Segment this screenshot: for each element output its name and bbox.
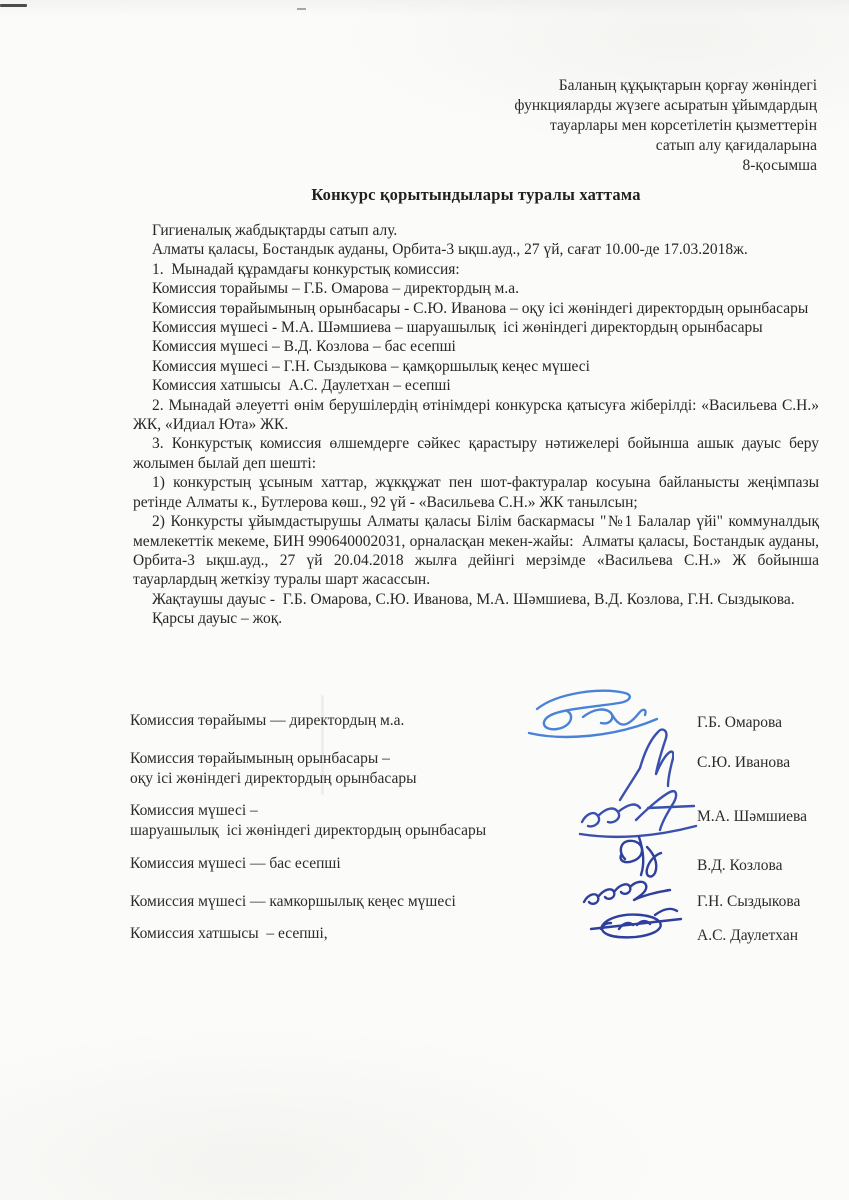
body-paragraph: Комиссия мүшесі - М.А. Шәмшиева – шаруаш… — [133, 318, 819, 337]
handwritten-signature-dauletkhan — [585, 903, 691, 941]
scan-artifact-speck — [297, 8, 306, 10]
scan-artifact-top-edge — [0, 4, 27, 7]
page-title: Конкурс қорытындылары туралы хаттама — [133, 185, 819, 205]
appendix-header-line: функцияларды жүзеге асыратын ұйымдардың — [514, 96, 817, 116]
signer-name-syzdykova: Г.Н. Сыздыкова — [697, 893, 800, 911]
document-body: Гигиеналық жабдықтарды сатып алу. Алматы… — [133, 221, 819, 629]
signer-name-shamshieva: М.А. Шәмшиева — [697, 808, 807, 826]
signature-role-deputy-chair-line2: оқу ісі жөніндегі директордың орынбасары — [130, 770, 417, 788]
body-paragraph: Гигиеналық жабдықтарды сатып алу. — [133, 221, 819, 240]
body-paragraph: Комиссия торайымы – Г.Б. Омарова – дирек… — [133, 279, 819, 298]
body-paragraph: 1) конкурстың ұсыным хаттар, жұкқұжат пе… — [133, 473, 819, 512]
signature-role-member-kozlova: Комиссия мүшесі — бас есепші — [130, 855, 341, 873]
signature-role-member-shamshieva: Комиссия мүшесі – — [130, 802, 258, 820]
signature-role-deputy-chair: Комиссия төрайымының орынбасары – — [130, 750, 390, 768]
body-paragraph: Комиссия мүшесі – В.Д. Козлова – бас есе… — [133, 337, 819, 356]
body-paragraph: 2. Мынадай әлеуетті өнім берушілердің өт… — [133, 396, 819, 435]
body-paragraph: 3. Конкурстық комиссия өлшемдерге сәйкес… — [133, 434, 819, 473]
appendix-header-line: тауарлары мен корсетілетін қызметтерін — [514, 116, 817, 136]
scanned-document-page: Баланың құқықтарын қорғау жөніндегі функ… — [0, 0, 849, 1200]
appendix-header: Баланың құқықтарын қорғау жөніндегі функ… — [514, 76, 817, 176]
body-paragraph: Комиссия мүшесі – Г.Н. Сыздыкова – қамқо… — [133, 357, 819, 376]
appendix-header-line: сатып алу қағидаларына — [514, 136, 817, 156]
appendix-header-line: 8-қосымша — [514, 156, 817, 176]
appendix-header-line: Баланың құқықтарын қорғау жөніндегі — [514, 76, 817, 96]
body-paragraph: Комиссия хатшысы А.С. Даулетхан – есепші — [133, 376, 819, 395]
signature-role-chair: Комиссия төрайымы — директордың м.а. — [130, 712, 404, 730]
body-paragraph: Жақтаушы дауыс - Г.Б. Омарова, С.Ю. Иван… — [133, 590, 819, 609]
signature-role-member-syzdykova: Комиссия мүшесі — камкоршылық кеңес мүше… — [130, 893, 456, 911]
signer-name-kozlova: В.Д. Козлова — [697, 857, 782, 875]
body-paragraph: 2) Конкурсты ұйымдастырушы Алматы қаласы… — [133, 512, 819, 590]
signature-role-member-shamshieva-line2: шаруашылық ісі жөніндегі директордың оры… — [130, 822, 486, 840]
signer-name-omarova: Г.Б. Омарова — [697, 714, 782, 732]
body-paragraph: 1. Мынадай құрамдағы конкурстық комиссия… — [133, 260, 819, 279]
body-paragraph: Комиссия төрайымының орынбасары - С.Ю. И… — [133, 299, 819, 318]
body-paragraph: Алматы қаласы, Бостандык ауданы, Орбита-… — [133, 240, 819, 259]
signature-role-secretary: Комиссия хатшысы – есепші, — [130, 925, 328, 943]
signer-name-ivanova: С.Ю. Иванова — [697, 754, 790, 772]
signer-name-dauletkhan: А.С. Даулетхан — [697, 927, 798, 945]
body-paragraph: Қарсы дауыс – жоқ. — [133, 609, 819, 628]
